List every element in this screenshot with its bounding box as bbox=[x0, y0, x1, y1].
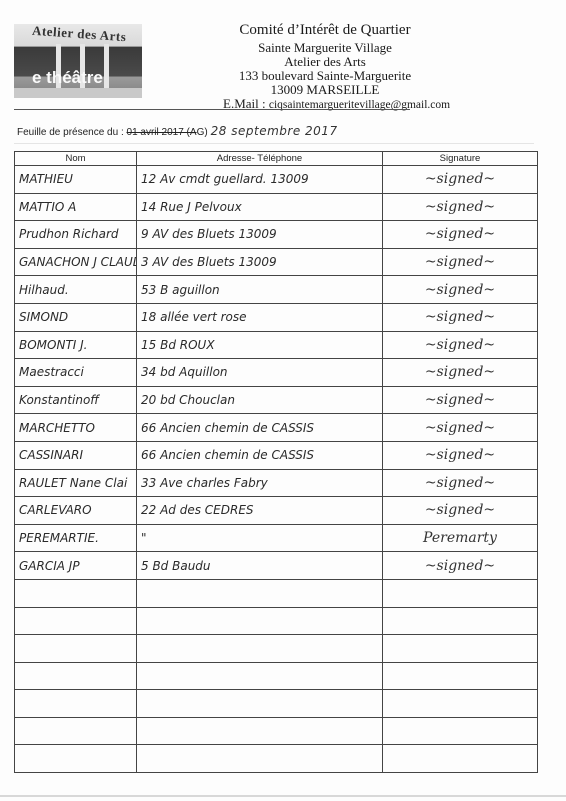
signature-cell[interactable] bbox=[383, 745, 538, 773]
name-cell[interactable] bbox=[15, 662, 137, 690]
table-row bbox=[15, 662, 538, 690]
table-row: GANACHON J CLAUDE3 AV des Bluets 13009~s… bbox=[15, 248, 538, 276]
address-cell[interactable]: 66 Ancien chemin de CASSIS bbox=[137, 414, 383, 442]
table-row: Hilhaud.53 B aguillon~signed~ bbox=[15, 276, 538, 304]
address-cell[interactable]: 14 Rue J Pelvoux bbox=[137, 193, 383, 221]
address-cell[interactable]: 34 bd Aquillon bbox=[137, 359, 383, 387]
name-cell[interactable] bbox=[15, 607, 137, 635]
address-cell[interactable]: " bbox=[137, 524, 383, 552]
presence-label: Feuille de présence du : bbox=[17, 127, 127, 138]
table-row bbox=[15, 717, 538, 745]
logo-pillar bbox=[104, 44, 109, 88]
signature-cell[interactable] bbox=[383, 579, 538, 607]
name-cell[interactable]: Prudhon Richard bbox=[15, 221, 137, 249]
signature-cell[interactable]: ~signed~ bbox=[383, 331, 538, 359]
logo-sign-text: Atelier des Arts bbox=[32, 24, 127, 45]
table-row: RAULET Nane Clai33 Ave charles Fabry~sig… bbox=[15, 469, 538, 497]
atelier-des-arts-logo: Atelier des Arts e théâtre bbox=[14, 24, 142, 98]
struck-date: 01 avril 2017 (A bbox=[127, 127, 197, 138]
divider bbox=[14, 143, 534, 144]
signature-cell[interactable] bbox=[383, 607, 538, 635]
name-cell[interactable] bbox=[15, 579, 137, 607]
address-cell[interactable]: 33 Ave charles Fabry bbox=[137, 469, 383, 497]
org-name: Comité d’Intérêt de Quartier bbox=[180, 22, 470, 39]
signature-cell[interactable]: ~signed~ bbox=[383, 276, 538, 304]
table-row: MATHIEU12 Av cmdt guellard. 13009~signed… bbox=[15, 166, 538, 194]
org-city: 13009 MARSEILLE bbox=[180, 83, 470, 97]
table-row: SIMOND18 allée vert rose~signed~ bbox=[15, 303, 538, 331]
column-header-adresse: Adresse- Téléphone bbox=[137, 152, 383, 166]
address-cell[interactable]: 53 B aguillon bbox=[137, 276, 383, 304]
address-cell[interactable]: 20 bd Chouclan bbox=[137, 386, 383, 414]
signature-cell[interactable]: ~signed~ bbox=[383, 248, 538, 276]
table-row bbox=[15, 745, 538, 773]
table-row: Konstantinoff20 bd Chouclan~signed~ bbox=[15, 386, 538, 414]
org-venue: Atelier des Arts bbox=[180, 55, 470, 69]
address-cell[interactable] bbox=[137, 635, 383, 663]
address-cell[interactable]: 15 Bd ROUX bbox=[137, 331, 383, 359]
table-row: Maestracci34 bd Aquillon~signed~ bbox=[15, 359, 538, 387]
signature-cell[interactable] bbox=[383, 662, 538, 690]
logo-ground bbox=[14, 88, 142, 98]
org-street: 133 boulevard Sainte-Marguerite bbox=[180, 69, 470, 83]
signature-cell[interactable] bbox=[383, 635, 538, 663]
address-cell[interactable] bbox=[137, 607, 383, 635]
signature-cell[interactable]: ~signed~ bbox=[383, 193, 538, 221]
name-cell[interactable]: PEREMARTIE. bbox=[15, 524, 137, 552]
name-cell[interactable] bbox=[15, 745, 137, 773]
address-cell[interactable] bbox=[137, 690, 383, 718]
page-edge bbox=[0, 795, 566, 797]
signature-cell[interactable]: ~signed~ bbox=[383, 441, 538, 469]
name-cell[interactable] bbox=[15, 635, 137, 663]
name-cell[interactable] bbox=[15, 690, 137, 718]
address-cell[interactable] bbox=[137, 662, 383, 690]
column-header-nom: Nom bbox=[15, 152, 137, 166]
table-row: CASSINARI66 Ancien chemin de CASSIS~sign… bbox=[15, 441, 538, 469]
header-rule bbox=[14, 109, 410, 110]
address-cell[interactable] bbox=[137, 579, 383, 607]
signature-cell[interactable]: ~signed~ bbox=[383, 552, 538, 580]
table-header-row: Nom Adresse- Téléphone Signature bbox=[15, 152, 538, 166]
name-cell[interactable]: CASSINARI bbox=[15, 441, 137, 469]
signature-cell[interactable] bbox=[383, 717, 538, 745]
table-row bbox=[15, 607, 538, 635]
signature-cell[interactable]: ~signed~ bbox=[383, 414, 538, 442]
name-cell[interactable] bbox=[15, 717, 137, 745]
name-cell[interactable]: MATTIO A bbox=[15, 193, 137, 221]
address-cell[interactable]: 3 AV des Bluets 13009 bbox=[137, 248, 383, 276]
name-cell[interactable]: Hilhaud. bbox=[15, 276, 137, 304]
table-row: CARLEVARO22 Ad des CEDRES~signed~ bbox=[15, 497, 538, 525]
signature-cell[interactable]: ~signed~ bbox=[383, 386, 538, 414]
logo-banner-text: e théâtre bbox=[32, 68, 103, 88]
signature-cell[interactable]: ~signed~ bbox=[383, 469, 538, 497]
name-cell[interactable]: RAULET Nane Clai bbox=[15, 469, 137, 497]
name-cell[interactable]: MARCHETTO bbox=[15, 414, 137, 442]
name-cell[interactable]: GARCIA JP bbox=[15, 552, 137, 580]
signature-cell[interactable]: ~signed~ bbox=[383, 166, 538, 194]
column-header-signature: Signature bbox=[383, 152, 538, 166]
name-cell[interactable]: BOMONTI J. bbox=[15, 331, 137, 359]
handwritten-date: 28 septembre 2017 bbox=[211, 124, 338, 138]
struck-date-tail: G) bbox=[197, 127, 208, 138]
address-cell[interactable]: 5 Bd Baudu bbox=[137, 552, 383, 580]
signature-cell[interactable]: ~signed~ bbox=[383, 221, 538, 249]
table-row bbox=[15, 690, 538, 718]
signature-cell[interactable]: ~signed~ bbox=[383, 497, 538, 525]
table-row bbox=[15, 579, 538, 607]
table-row: Prudhon Richard9 AV des Bluets 13009~sig… bbox=[15, 221, 538, 249]
address-cell[interactable]: 12 Av cmdt guellard. 13009 bbox=[137, 166, 383, 194]
address-cell[interactable]: 22 Ad des CEDRES bbox=[137, 497, 383, 525]
address-cell[interactable] bbox=[137, 717, 383, 745]
name-cell[interactable]: MATHIEU bbox=[15, 166, 137, 194]
name-cell[interactable]: GANACHON J CLAUDE bbox=[15, 248, 137, 276]
presence-line: Feuille de présence du : 01 avril 2017 (… bbox=[17, 124, 338, 138]
name-cell[interactable]: Maestracci bbox=[15, 359, 137, 387]
address-cell[interactable]: 18 allée vert rose bbox=[137, 303, 383, 331]
name-cell[interactable]: Konstantinoff bbox=[15, 386, 137, 414]
table-row: BOMONTI J.15 Bd ROUX~signed~ bbox=[15, 331, 538, 359]
signature-cell[interactable]: ~signed~ bbox=[383, 303, 538, 331]
signature-cell[interactable]: Peremarty bbox=[383, 524, 538, 552]
address-cell[interactable]: 9 AV des Bluets 13009 bbox=[137, 221, 383, 249]
table-row: MATTIO A14 Rue J Pelvoux~signed~ bbox=[15, 193, 538, 221]
table-row bbox=[15, 635, 538, 663]
org-subtitle: Sainte Marguerite Village bbox=[180, 41, 470, 55]
table-row: PEREMARTIE."Peremarty bbox=[15, 524, 538, 552]
name-cell[interactable]: SIMOND bbox=[15, 303, 137, 331]
table-row: MARCHETTO66 Ancien chemin de CASSIS~sign… bbox=[15, 414, 538, 442]
table-row: GARCIA JP5 Bd Baudu~signed~ bbox=[15, 552, 538, 580]
signature-cell[interactable]: ~signed~ bbox=[383, 359, 538, 387]
address-cell[interactable]: 66 Ancien chemin de CASSIS bbox=[137, 441, 383, 469]
signature-cell[interactable] bbox=[383, 690, 538, 718]
address-cell[interactable] bbox=[137, 745, 383, 773]
name-cell[interactable]: CARLEVARO bbox=[15, 497, 137, 525]
attendance-table: Nom Adresse- Téléphone Signature MATHIEU… bbox=[14, 151, 538, 773]
